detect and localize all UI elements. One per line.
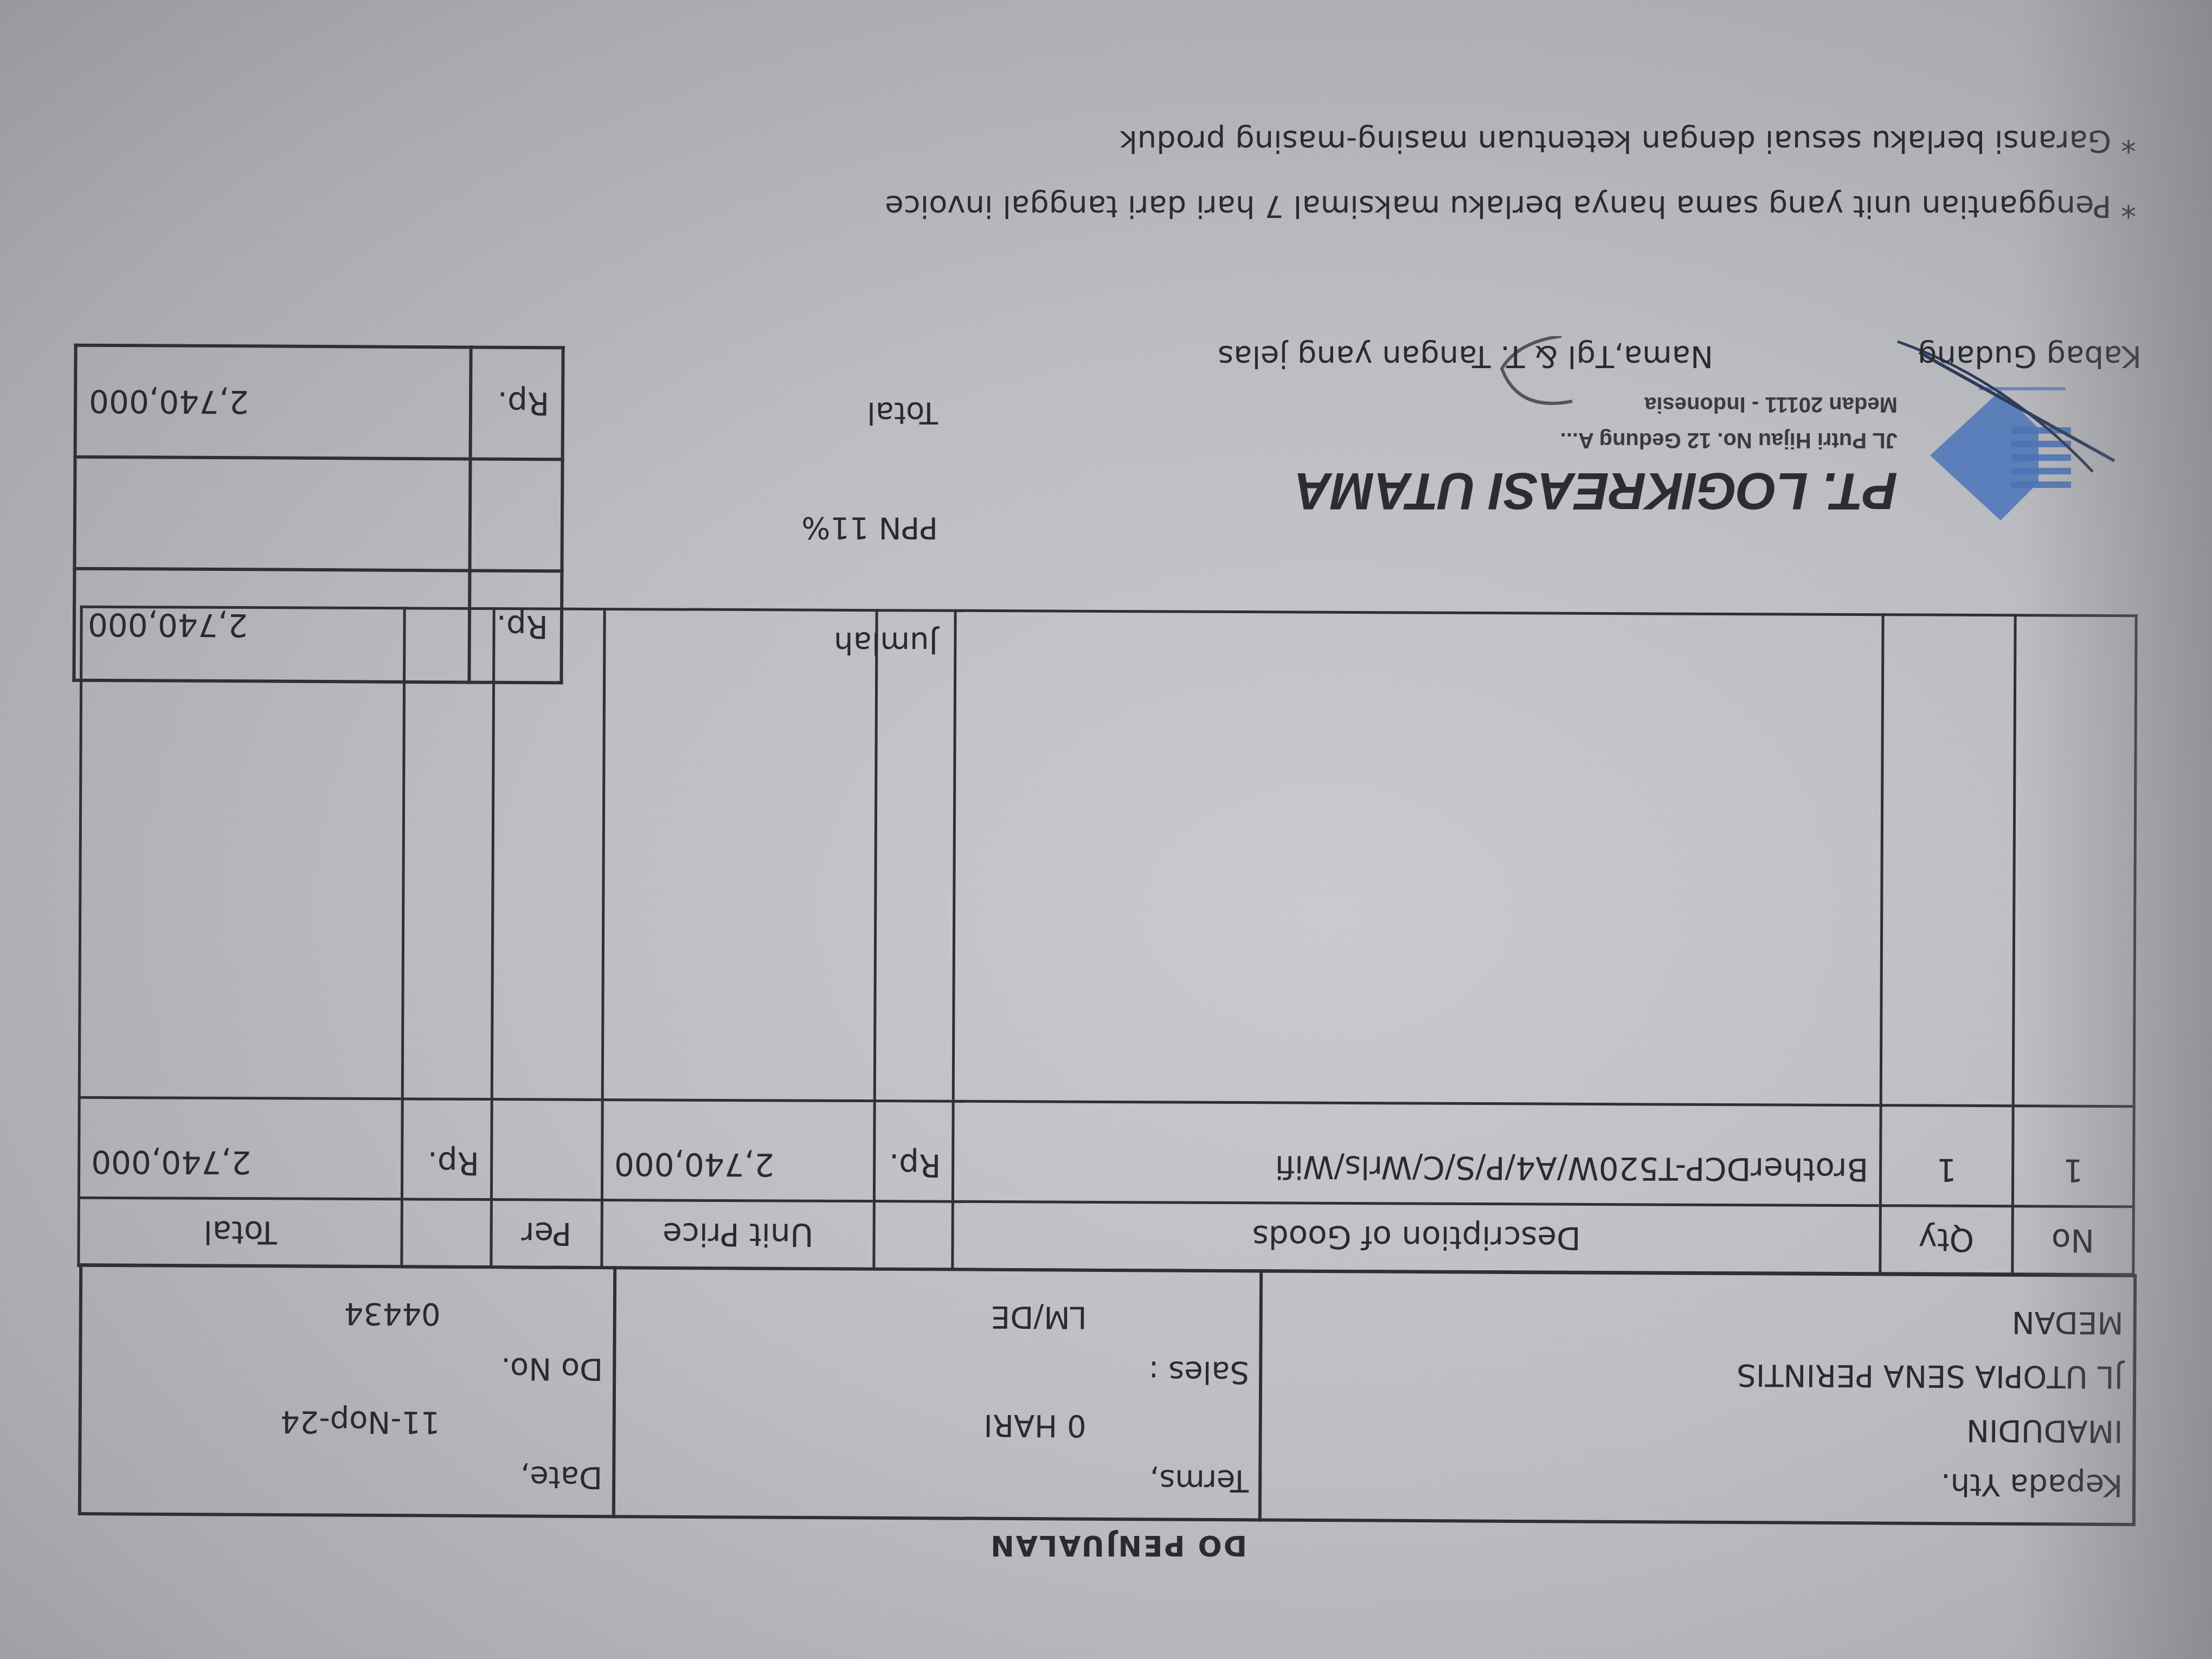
terms-label: Terms, xyxy=(1086,1452,1249,1508)
date-value: 11-Nop-24 xyxy=(91,1393,603,1450)
do-number-value: 04434 xyxy=(92,1284,604,1341)
recipient-address: JL UTOPIA SENA PERINTIS xyxy=(1272,1345,2124,1404)
table-row: 1 1 BrotherDCP-T520W/A4/P/S/C/Wrls/Wifi … xyxy=(79,1097,2134,1207)
jumlah-currency: Rp. xyxy=(469,570,562,683)
note-replacement: * Penggantian unit yang sama hanya berla… xyxy=(885,173,2136,239)
header-unit-price: Unit Price xyxy=(602,1200,874,1269)
total-label: Total xyxy=(613,338,938,453)
row-unit-price: 2,740,000 xyxy=(602,1099,874,1201)
header-qty: Qty xyxy=(1880,1206,2012,1274)
jumlah-label: Jumlah xyxy=(613,568,938,683)
notes: * Penggantian unit yang sama hanya berla… xyxy=(885,108,2136,239)
row-qty: 1 xyxy=(1880,1105,2012,1206)
do-number-label: Do No. xyxy=(92,1339,603,1396)
row-total-currency: Rp. xyxy=(402,1099,492,1200)
ppn-row xyxy=(74,457,562,571)
receiver-signature-label: Nama,Tgl & T. Tangan yang jelas xyxy=(1218,339,1713,374)
header-table: Kepada Yth. IMADUDIN JL UTOPIA SENA PERI… xyxy=(78,1263,2137,1526)
sales-value: LM/DE xyxy=(991,1289,1087,1344)
row-per xyxy=(491,1099,602,1200)
total-value: 2,740,000 xyxy=(75,345,471,459)
row-description: BrotherDCP-T520W/A4/P/S/C/Wrls/Wifi xyxy=(953,1101,1881,1205)
recipient-name: IMADUDIN xyxy=(1271,1399,2123,1458)
total-row: Rp. 2,740,000 xyxy=(75,345,563,460)
sales-row: Sales : xyxy=(626,1341,1250,1399)
terms-row: Terms, xyxy=(625,1450,1249,1507)
terms-value: 0 HARI xyxy=(983,1398,1086,1452)
ppn-label: PPN 11% xyxy=(613,453,938,568)
header-currency xyxy=(874,1201,953,1270)
recipient-label: Kepada Yth. xyxy=(1271,1454,2123,1512)
summary-table: Rp. 2,740,000 Rp. 2,740,000 xyxy=(72,344,564,685)
ppn-currency xyxy=(470,459,562,571)
items-table: No Qty Description of Goods Unit Price P… xyxy=(77,606,2137,1276)
note-warranty: * Garansi berlaku sesuai dengan ketentua… xyxy=(885,108,2136,173)
delivery-order-document: DO PENJUALAN Kepada Yth. IMADUDIN JL UTO… xyxy=(0,0,2212,1659)
recipient-cell: Kepada Yth. IMADUDIN JL UTOPIA SENA PERI… xyxy=(1260,1271,2135,1524)
photo-edge-shadow xyxy=(2017,0,2212,1659)
total-currency: Rp. xyxy=(471,347,563,459)
date-label: Date, xyxy=(91,1447,603,1504)
recipient-city: MEDAN xyxy=(1272,1291,2124,1349)
header-total-currency xyxy=(402,1199,491,1268)
terms-cell: Terms, 0 HARI Sales : LM/DE xyxy=(614,1268,1261,1520)
document-title: DO PENJUALAN xyxy=(989,1529,1247,1561)
sales-label: Sales : xyxy=(1086,1344,1250,1399)
items-header-row: No Qty Description of Goods Unit Price P… xyxy=(79,1198,2134,1275)
row-currency: Rp. xyxy=(874,1101,954,1202)
header-total: Total xyxy=(79,1198,402,1267)
header-description: Description of Goods xyxy=(953,1201,1880,1273)
jumlah-row: Rp. 2,740,000 xyxy=(74,569,562,683)
summary-labels: Jumlah PPN 11% Total xyxy=(613,338,938,683)
sales-value-row: LM/DE xyxy=(626,1287,1250,1345)
row-total: 2,740,000 xyxy=(79,1097,402,1199)
jumlah-value: 2,740,000 xyxy=(74,569,470,683)
ppn-value xyxy=(74,457,470,571)
header-per: Per xyxy=(491,1200,602,1268)
terms-value-row: 0 HARI xyxy=(625,1396,1249,1453)
meta-cell: Date, 11-Nop-24 Do No. 04434 xyxy=(80,1265,615,1516)
